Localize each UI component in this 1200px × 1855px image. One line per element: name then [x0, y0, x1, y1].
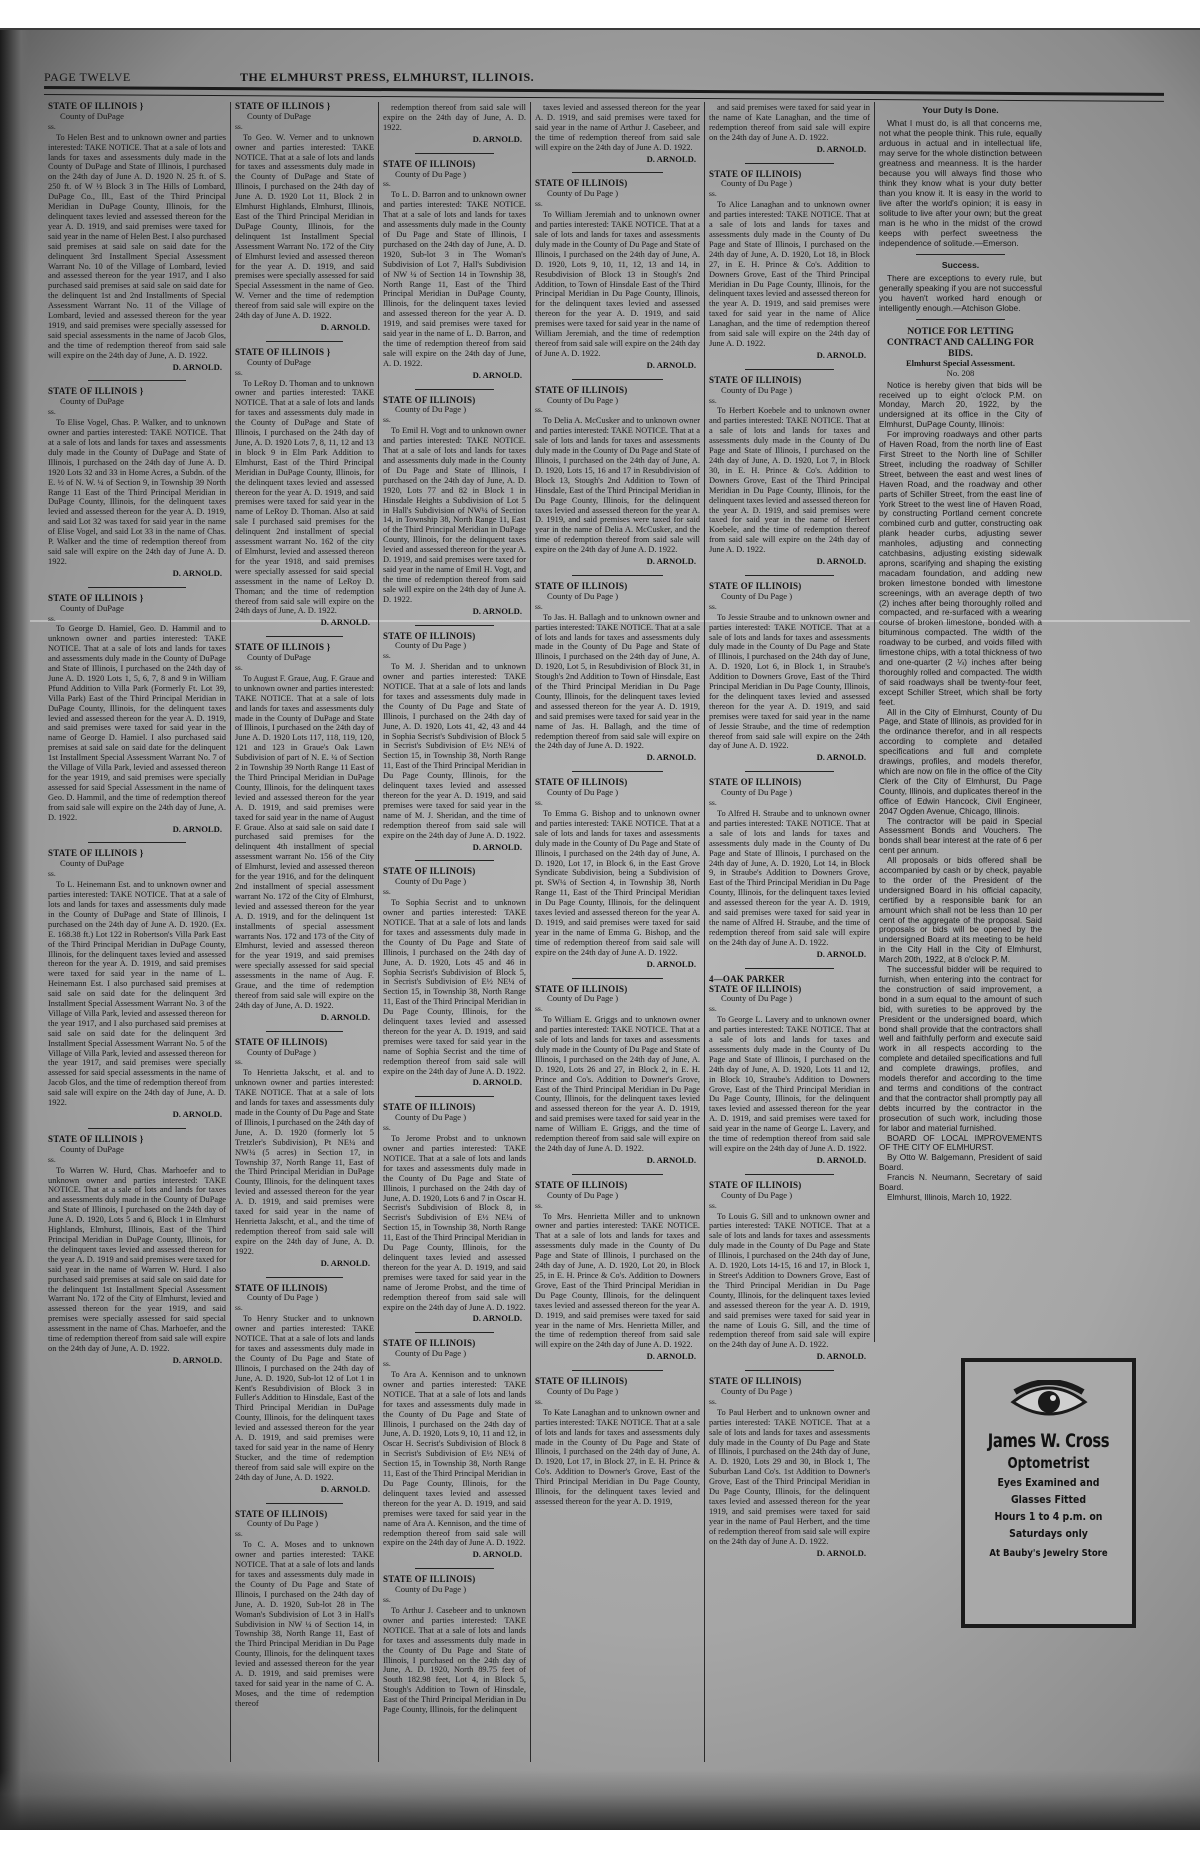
notice-county: County of Du Page ): [383, 877, 526, 887]
notice-signer: D. ARNOLD.: [709, 351, 870, 361]
notice-body: To Alfred H. Straube and to unknown owne…: [709, 809, 870, 948]
legal-notice: STATE OF ILLINOIS)County of Du Page )ss.…: [709, 778, 870, 959]
divider: [266, 341, 342, 342]
notice-county: County of Du Page ): [535, 592, 700, 602]
divider: [745, 1370, 834, 1371]
ad-line: Saturdays only: [978, 1527, 1120, 1540]
ad-line: Hours 1 to 4 p.m. on: [978, 1510, 1120, 1523]
notice-ss: ss.: [535, 1004, 700, 1014]
legal-notice: STATE OF ILLINOIS }County of DuPagess.To…: [48, 849, 226, 1119]
legal-notice: taxes levied and assessed thereon for th…: [535, 103, 700, 164]
legal-notice: STATE OF ILLINOIS)County of Du Page )ss.…: [535, 1181, 700, 1362]
board-president: By Otto W. Balgemann, President of said …: [879, 1153, 1042, 1173]
notice-ss: ss.: [535, 798, 700, 808]
notice-body: To Kate Lanaghan and to unknown owner an…: [535, 1408, 700, 1507]
notice-county: County of Du Page ): [535, 396, 700, 406]
divider: [415, 389, 494, 390]
divider: [572, 1174, 663, 1175]
notice-county: County of Du Page ): [383, 1585, 526, 1595]
notice-body: To L. D. Barron and to unknown owner and…: [383, 190, 526, 368]
column-4: taxes levied and assessed thereon for th…: [530, 102, 704, 1762]
article-duty: Your Duty Is Done. What I must do, is al…: [879, 106, 1042, 248]
divider: [572, 978, 663, 979]
notice-ss: ss.: [709, 1201, 870, 1211]
legal-notice: STATE OF ILLINOIS)County of Du Page )ss.…: [235, 1510, 374, 1709]
notice-ss: ss.: [709, 1397, 870, 1407]
legal-notice: STATE OF ILLINOIS }County of DuPagess.To…: [48, 594, 226, 835]
notice-signer: D. ARNOLD.: [235, 323, 374, 333]
notice-ss: ss.: [48, 407, 226, 417]
eye-icon: [1009, 1380, 1089, 1424]
newspaper-page: PAGE TWELVE THE ELMHURST PRESS, ELMHURST…: [0, 28, 1200, 1830]
notice-body: To William E. Griggs and to unknown owne…: [535, 1015, 700, 1154]
notice-signer: D. ARNOLD.: [535, 155, 700, 165]
notice-body: taxes levied and assessed thereon for th…: [535, 103, 700, 153]
notice-body: To Mrs. Henrietta Miller and to unknown …: [535, 1212, 700, 1351]
notice-signer: D. ARNOLD.: [535, 753, 700, 763]
dateline: Elmhurst, Illinois, March 10, 1922.: [879, 1193, 1042, 1203]
divider: [88, 587, 186, 588]
bid-paragraph: The contractor will be paid in Special A…: [879, 817, 1042, 857]
divider: [415, 625, 494, 626]
divider: [415, 1096, 494, 1097]
notice-body: To M. J. Sheridan and to unknown owner a…: [383, 662, 526, 840]
bid-notice: NOTICE FOR LETTING CONTRACT AND CALLING …: [879, 326, 1042, 1203]
notice-signer: D. ARNOLD.: [235, 1259, 374, 1269]
legal-notice: STATE OF ILLINOIS)County of Du Page )ss.…: [383, 1103, 526, 1324]
notice-body: To Herbert Koebele and to unknown owner …: [709, 406, 870, 555]
column-1: STATE OF ILLINOIS }County of DuPagess.To…: [44, 102, 230, 1762]
divider: [916, 319, 1006, 320]
notice-signer: D. ARNOLD.: [535, 960, 700, 970]
paper-title: THE ELMHURST PRESS, ELMHURST, ILLINOIS.: [240, 70, 534, 85]
legal-notice: STATE OF ILLINOIS }County of DuPagess.To…: [48, 102, 226, 372]
optometrist-ad: James W. Cross Optometrist Eyes Examined…: [961, 1358, 1136, 1628]
notice-ss: ss.: [48, 614, 226, 624]
legal-notice: STATE OF ILLINOIS)County of Du Page )ss.…: [535, 386, 700, 567]
legal-notice: STATE OF ILLINOIS }County of DuPagess.To…: [235, 102, 374, 333]
column-6-editorial: Your Duty Is Done. What I must do, is al…: [874, 102, 1046, 1342]
notice-signer: D. ARNOLD.: [709, 1549, 870, 1559]
bid-paragraph: All in the City of Elmhurst, County of D…: [879, 708, 1042, 817]
notice-county: County of DuPage: [235, 653, 374, 663]
divider: [88, 1128, 186, 1129]
legal-notice: STATE OF ILLINOIS)County of Du Page )ss.…: [535, 582, 700, 763]
notice-county: County of Du Page ): [383, 405, 526, 415]
column-3: redemption thereof from said sale will e…: [378, 102, 530, 1762]
notice-body: To Emma G. Bishop and to unknown owner a…: [535, 809, 700, 958]
divider: [745, 968, 834, 969]
divider: [266, 636, 342, 637]
notice-ss: ss.: [383, 415, 526, 425]
notice-county: County of Du Page ): [709, 592, 870, 602]
notice-signer: D. ARNOLD.: [48, 363, 226, 373]
notice-signer: D. ARNOLD.: [709, 950, 870, 960]
bid-notice-title: NOTICE FOR LETTING CONTRACT AND CALLING …: [879, 326, 1042, 359]
notice-body: To Delia A. McCusker and to unknown owne…: [535, 416, 700, 555]
notice-ss: ss.: [535, 602, 700, 612]
notice-body: To Jas. H. Ballagh and to unknown owner …: [535, 613, 700, 752]
divider: [745, 771, 834, 772]
notice-signer: D. ARNOLD.: [48, 569, 226, 579]
notice-signer: D. ARNOLD.: [709, 145, 870, 155]
legal-notice: STATE OF ILLINOIS)County of Du Page )ss.…: [383, 867, 526, 1088]
notice-signer: D. ARNOLD.: [383, 1314, 526, 1324]
ad-line: At Bauby's Jewelry Store: [978, 1548, 1120, 1559]
notice-county: County of Du Page ): [535, 994, 700, 1004]
divider: [415, 1332, 494, 1333]
column-5: and said premises were taxed for said ye…: [704, 102, 874, 1762]
legal-notice: STATE OF ILLINOIS)County of Du Page )ss.…: [535, 179, 700, 370]
notice-body: To Emil H. Vogt and to unknown owner and…: [383, 426, 526, 604]
notice-county: County of Du Page ): [383, 1113, 526, 1123]
article-success: Success. There are exceptions to every r…: [879, 261, 1042, 313]
notice-county: County of Du Page ): [535, 1387, 700, 1397]
notice-body: To George D. Hamiel, Geo. D. Hammil and …: [48, 624, 226, 822]
notice-ss: ss.: [235, 1057, 374, 1067]
divider: [266, 1277, 342, 1278]
legal-notice: STATE OF ILLINOIS)County of Du Page )ss.…: [709, 582, 870, 763]
notice-county: County of Du Page ): [709, 994, 870, 1004]
notice-county: County of DuPage: [48, 112, 226, 122]
legal-notice: STATE OF ILLINOIS }County of DuPagess.To…: [48, 387, 226, 578]
notice-signer: D. ARNOLD.: [383, 371, 526, 381]
divider: [745, 1174, 834, 1175]
legal-notice: STATE OF ILLINOIS)County of Du Page )ss.…: [535, 778, 700, 969]
notice-body: To Jerome Probst and to unknown owner an…: [383, 1134, 526, 1312]
notice-signer: D. ARNOLD.: [383, 843, 526, 853]
divider: [572, 1370, 663, 1371]
notice-signer: D. ARNOLD.: [383, 607, 526, 617]
notice-body: and said premises were taxed for said ye…: [709, 103, 870, 143]
bid-notice-number: No. 208: [879, 369, 1042, 379]
divider: [745, 369, 834, 370]
notice-ss: ss.: [235, 368, 374, 378]
notice-ss: ss.: [709, 798, 870, 808]
notice-county: County of DuPage: [235, 112, 374, 122]
notice-body: To Elise Vogel, Chas. P. Walker, and to …: [48, 418, 226, 567]
notice-body: To LeRoy D. Thoman and to unknown owner …: [235, 379, 374, 617]
notice-body: To Henrietta Jakscht, et al. and to unkn…: [235, 1068, 374, 1256]
bid-paragraph: The successful bidder will be required t…: [879, 965, 1042, 1133]
notice-county: County of DuPage: [48, 604, 226, 614]
notice-county: County of Du Page ): [235, 1293, 374, 1303]
divider: [415, 153, 494, 154]
notice-signer: D. ARNOLD.: [535, 557, 700, 567]
notice-county: County of Du Page ): [535, 788, 700, 798]
notice-county: County of DuPage ): [235, 1048, 374, 1058]
notice-county: County of DuPage: [48, 397, 226, 407]
legal-notice: STATE OF ILLINOIS)County of Du Page )ss.…: [709, 1377, 870, 1558]
bid-paragraph: Notice is hereby given that bids will be…: [879, 381, 1042, 431]
notice-body: To Arthur J. Casebeer and to unknown own…: [383, 1606, 526, 1715]
notice-signer: D. ARNOLD.: [48, 825, 226, 835]
notice-ss: ss.: [383, 887, 526, 897]
notice-ss: ss.: [535, 199, 700, 209]
bid-paragraph: All proposals or bids offered shall be a…: [879, 856, 1042, 965]
notice-body: To Paul Herbert and to unknown owner and…: [709, 1408, 870, 1547]
legal-notice: STATE OF ILLINOIS }County of DuPagess.To…: [235, 643, 374, 1022]
board-name: BOARD OF LOCAL IMPROVEMENTS OF THE CITY …: [879, 1134, 1042, 1154]
divider: [415, 860, 494, 861]
notice-body: To Jessie Straube and to unknown owner a…: [709, 613, 870, 752]
notice-body: To Louis G. Sill and to unknown owner an…: [709, 1212, 870, 1351]
notice-ss: ss.: [48, 122, 226, 132]
board-secretary: Francis N. Neumann, Secretary of said Bo…: [879, 1173, 1042, 1193]
divider: [916, 254, 1006, 255]
ad-name: James W. Cross: [983, 1430, 1113, 1452]
notice-ss: ss.: [709, 396, 870, 406]
legal-notice: STATE OF ILLINOIS)County of Du Page )ss.…: [383, 1339, 526, 1560]
notice-ss: ss.: [535, 405, 700, 415]
notice-signer: D. ARNOLD.: [383, 1550, 526, 1560]
ad-line: Glasses Fitted: [978, 1493, 1120, 1506]
notice-body: redemption thereof from said sale will e…: [383, 103, 526, 133]
notice-body: To Alice Lanaghan and to unknown owner a…: [709, 200, 870, 349]
notice-ss: ss.: [48, 869, 226, 879]
notice-county: County of Du Page ): [383, 170, 526, 180]
column-2: STATE OF ILLINOIS }County of DuPagess.To…: [230, 102, 378, 1762]
legal-notice: STATE OF ILLINOIS)County of Du Page )ss.…: [709, 1181, 870, 1362]
notice-ss: ss.: [383, 1595, 526, 1605]
legal-notice: STATE OF ILLINOIS)County of Du Page )ss.…: [235, 1284, 374, 1495]
divider: [88, 842, 186, 843]
notice-county: County of Du Page ): [535, 1191, 700, 1201]
ad-role: Optometrist: [982, 1454, 1116, 1472]
notice-signer: D. ARNOLD.: [535, 361, 700, 371]
legal-notice: STATE OF ILLINOIS)County of Du Page )ss.…: [709, 376, 870, 567]
divider: [415, 1568, 494, 1569]
legal-notice: STATE OF ILLINOIS)County of Du Page )ss.…: [535, 1377, 700, 1507]
notice-ss: ss.: [709, 189, 870, 199]
notice-body: To George L. Lavery and to unknown owner…: [709, 1015, 870, 1154]
notice-county: County of Du Page ): [709, 179, 870, 189]
notice-body: To Geo. W. Verner and to unknown owner a…: [235, 133, 374, 321]
legal-notice: STATE OF ILLINOIS)County of Du Page )ss.…: [383, 396, 526, 617]
article-title: Success.: [879, 261, 1042, 271]
notice-signer: D. ARNOLD.: [709, 1352, 870, 1362]
notice-county: County of Du Page ): [709, 386, 870, 396]
notice-county: County of Du Page ): [709, 1191, 870, 1201]
notice-signer: D. ARNOLD.: [235, 1013, 374, 1023]
notice-county: County of DuPage: [48, 859, 226, 869]
notice-ss: ss.: [383, 1123, 526, 1133]
notice-ss: ss.: [383, 179, 526, 189]
divider: [572, 379, 663, 380]
notice-ss: ss.: [235, 122, 374, 132]
notice-county: County of Du Page ): [709, 1387, 870, 1397]
article-body: There are exceptions to every rule, but …: [879, 273, 1042, 313]
legal-notice: STATE OF ILLINOIS }County of DuPagess.To…: [48, 1135, 226, 1366]
legal-notice: STATE OF ILLINOIS)County of Du Page )ss.…: [535, 985, 700, 1166]
notice-ss: ss.: [709, 602, 870, 612]
notice-county: County of Du Page ): [383, 1349, 526, 1359]
legal-notice: STATE OF ILLINOIS)County of Du Page )ss.…: [383, 1575, 526, 1715]
notice-body: To Warren W. Hurd, Chas. Marhoefer and t…: [48, 1166, 226, 1354]
notice-body: To L. Heinemann Est. and to unknown owne…: [48, 880, 226, 1108]
notice-county: County of Du Page ): [383, 641, 526, 651]
notice-signer: D. ARNOLD.: [235, 618, 374, 628]
notice-body: To Henry Stucker and to unknown owner an…: [235, 1314, 374, 1482]
notice-signer: D. ARNOLD.: [383, 1078, 526, 1088]
notice-body: To C. A. Moses and to unknown owner and …: [235, 1540, 374, 1708]
notice-ss: ss.: [535, 1397, 700, 1407]
notice-body: To Ara A. Kennison and to unknown owner …: [383, 1370, 526, 1548]
legal-notice: STATE OF ILLINOIS)County of DuPage )ss.T…: [235, 1038, 374, 1269]
notice-ss: ss.: [235, 1529, 374, 1539]
legal-notice: STATE OF ILLINOIS)County of Du Page )ss.…: [383, 632, 526, 853]
legal-notice: 4—OAK PARKERSTATE OF ILLINOIS)County of …: [709, 975, 870, 1166]
notice-state-heading: 4—OAK PARKER: [709, 975, 870, 985]
notice-ss: ss.: [383, 1359, 526, 1369]
notice-signer: D. ARNOLD.: [383, 135, 526, 145]
notice-signer: D. ARNOLD.: [709, 753, 870, 763]
notice-county: County of Du Page ): [535, 189, 700, 199]
divider: [88, 380, 186, 381]
notice-ss: ss.: [709, 1004, 870, 1014]
notice-body: To William Jeremiah and to unknown owner…: [535, 210, 700, 359]
article-title: Your Duty Is Done.: [879, 106, 1042, 116]
divider: [572, 771, 663, 772]
notice-signer: D. ARNOLD.: [48, 1356, 226, 1366]
notice-signer: D. ARNOLD.: [709, 1156, 870, 1166]
divider: [266, 1503, 342, 1504]
notice-signer: D. ARNOLD.: [709, 557, 870, 567]
notice-county: County of DuPage: [235, 358, 374, 368]
divider: [745, 163, 834, 164]
divider: [572, 575, 663, 576]
legal-notice: and said premises were taxed for said ye…: [709, 103, 870, 155]
notice-body: To August F. Graue, Aug. F. Graue and to…: [235, 674, 374, 1011]
legal-notice: STATE OF ILLINOIS)County of Du Page )ss.…: [383, 160, 526, 381]
page-number: PAGE TWELVE: [44, 70, 131, 85]
notice-ss: ss.: [383, 651, 526, 661]
legal-notice: STATE OF ILLINOIS }County of DuPagess.To…: [235, 348, 374, 628]
bid-paragraph: For improving roadways and other parts o…: [879, 430, 1042, 707]
notice-ss: ss.: [235, 1303, 374, 1313]
legal-notice: redemption thereof from said sale will e…: [383, 103, 526, 145]
notice-signer: D. ARNOLD.: [235, 1485, 374, 1495]
notice-ss: ss.: [235, 663, 374, 673]
notice-county: County of Du Page ): [235, 1519, 374, 1529]
ad-line: Eyes Examined and: [978, 1476, 1120, 1489]
notice-county: County of Du Page ): [709, 788, 870, 798]
notice-ss: ss.: [535, 1201, 700, 1211]
divider: [745, 575, 834, 576]
notice-signer: D. ARNOLD.: [48, 1110, 226, 1120]
article-body: What I must do, is all that concerns me,…: [879, 118, 1042, 248]
notice-county: County of DuPage: [48, 1145, 226, 1155]
notice-signer: D. ARNOLD.: [535, 1156, 700, 1166]
notice-signer: D. ARNOLD.: [535, 1352, 700, 1362]
divider: [266, 1031, 342, 1032]
notice-ss: ss.: [48, 1155, 226, 1165]
notice-body: To Helen Best and to unknown owner and p…: [48, 133, 226, 361]
notice-body: To Sophia Secrist and to unknown owner a…: [383, 898, 526, 1076]
legal-notice: STATE OF ILLINOIS)County of Du Page )ss.…: [709, 170, 870, 361]
divider: [572, 172, 663, 173]
